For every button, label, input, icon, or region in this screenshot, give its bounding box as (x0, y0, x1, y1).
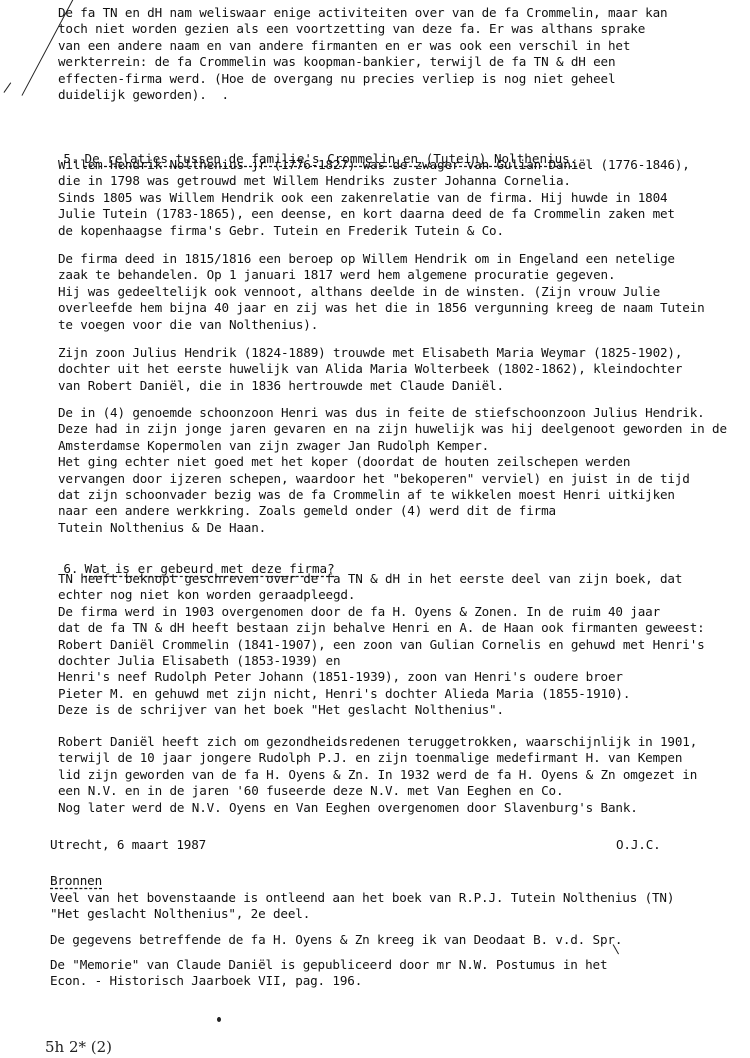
section-5-paragraph-3: Zijn zoon Julius Hendrik (1824-1889) tro… (58, 345, 748, 394)
handwritten-note: 5h 2* (2) (45, 1038, 112, 1056)
margin-slash-mark-small (4, 82, 12, 93)
sources-paragraph-3: De "Memorie" van Claude Daniël is gepubl… (50, 957, 740, 990)
place-date: Utrecht, 6 maart 1987 (50, 837, 206, 853)
sources-heading: Bronnen (50, 873, 102, 889)
intro-paragraph: De fa TN en dH nam weliswaar enige activ… (58, 5, 748, 103)
section-5-paragraph-2: De firma deed in 1815/1816 een beroep op… (58, 251, 748, 333)
section-5-paragraph-1: Willem Hendrik Nolthenius jr (1776-1827)… (58, 157, 748, 239)
sources-paragraph-2: De gegevens betreffende de fa H. Oyens &… (50, 932, 740, 948)
sources-paragraph-1: Veel van het bovenstaande is ontleend aa… (50, 890, 740, 923)
section-6-paragraph-2: Robert Daniël heeft zich om gezondheidsr… (58, 734, 748, 816)
ink-dot (217, 1017, 221, 1022)
section-6-paragraph-1: TN heeft beknopt geschreven over de fa T… (58, 571, 748, 719)
section-5-paragraph-4: De in (4) genoemde schoonzoon Henri was … (58, 405, 748, 536)
document-page: De fa TN en dH nam weliswaar enige activ… (0, 0, 750, 1058)
author-initials: O.J.C. (616, 837, 661, 853)
